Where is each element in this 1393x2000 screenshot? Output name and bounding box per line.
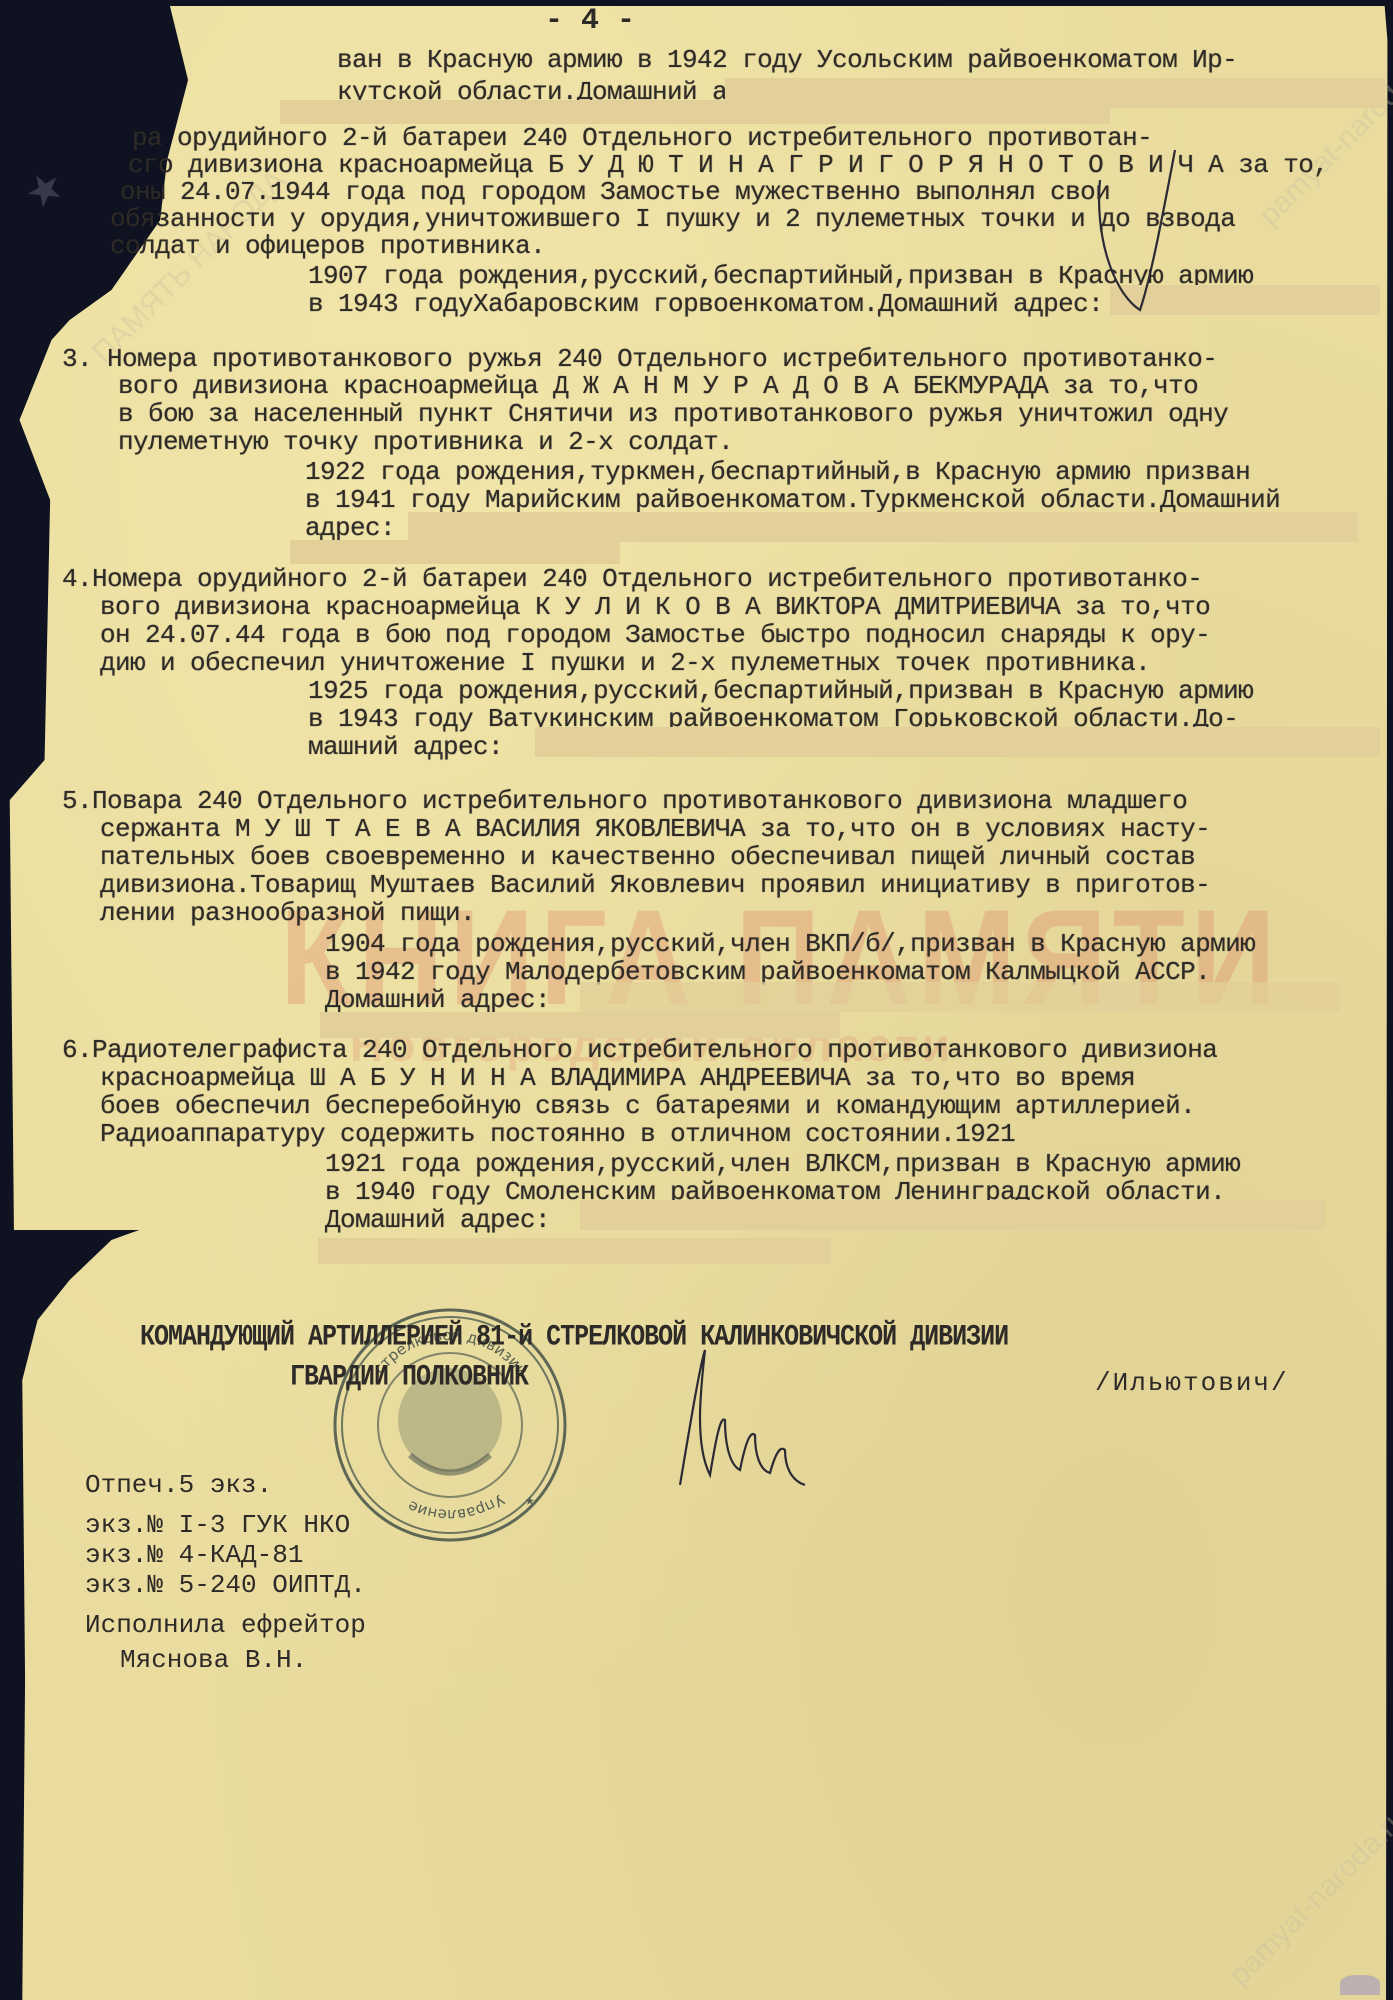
text-line: дивизиона.Товарищ Муштаев Василий Яковле… (100, 871, 1210, 899)
text-line: 1921 года рождения,русский,член ВЛКСМ,пр… (325, 1150, 1240, 1178)
signatory-title: КОМАНДУЮЩИЙ АРТИЛЛЕРИЕЙ 81-й СТРЕЛКОВОЙ … (140, 1319, 1008, 1354)
text-line: он 24.07.44 года в бою под городом Замос… (100, 621, 1210, 649)
handwritten-check-mark (1090, 140, 1210, 320)
executor-name: Мяснова В.Н. (120, 1645, 307, 1675)
signatory-name: /Ильютович/ (1095, 1368, 1289, 1398)
redacted-address (318, 1238, 830, 1264)
text-line: Радиоаппаратуру содержить постоянно в от… (100, 1120, 1015, 1148)
distribution-item: экз.№ 4-КАД-81 (85, 1540, 366, 1570)
text-line: в 1941 году Марийским райвоенкоматом.Тур… (305, 486, 1280, 514)
stamp-star-icon: ★ (525, 1492, 535, 1510)
text-line: пательных боев своевременно и качественн… (100, 843, 1195, 871)
text-line: дию и обеспечил уничтожение I пушки и 2-… (100, 649, 1150, 677)
distribution-item: экз.№ 5-240 ОИПТД. (85, 1570, 366, 1600)
distribution-item: экз.№ I-3 ГУК НКО (85, 1510, 366, 1540)
text-line: красноармейца Ш А Б У Н И Н А ВЛАДИМИРА … (100, 1064, 1135, 1092)
text-line: пулеметную точку противника и 2-х солдат… (118, 428, 733, 456)
text-line: 5.Повара 240 Отдельного истребительного … (62, 787, 1187, 815)
text-line: Домашний адрес: (325, 1206, 550, 1234)
text-line: сержанта М У Ш Т А Е В А ВАСИЛИЯ ЯКОВЛЕВ… (100, 815, 1210, 843)
redacted-address (280, 100, 1110, 124)
executor-title: Исполнила ефрейтор (85, 1610, 366, 1640)
redacted-address (535, 727, 1380, 757)
text-line: 1922 года рождения,туркмен,беспартийный,… (305, 458, 1250, 486)
text-line: боев обеспечил бесперебойную связь с бат… (100, 1092, 1195, 1120)
text-line: 4.Номера орудийного 2-й батареи 240 Отде… (62, 565, 1202, 593)
text-line: оны 24.07.1944 года под городом Замостье… (120, 178, 1110, 206)
text-line: ра орудийного 2-й батареи 240 Отдельного… (132, 124, 1152, 152)
text-line: вого дивизиона красноармейца Д Ж А Н М У… (118, 372, 1198, 400)
text-line: 3. Номера противотанкового ружья 240 Отд… (62, 345, 1217, 373)
text-line: машний адрес: (308, 733, 503, 761)
signatory-rank: ГВАРДИИ ПОЛКОВНИК (290, 1359, 528, 1394)
redacted-address (580, 1200, 1325, 1230)
text-line: солдат и офицеров противника. (110, 232, 545, 260)
text-line: Домашний адрес: (325, 986, 550, 1014)
text-line: ван в Красную армию в 1942 году Усольски… (337, 46, 1237, 74)
copies-printed: Отпеч.5 экз. (85, 1470, 272, 1500)
stamp-bottom-text: Управление (405, 1491, 508, 1525)
redacted-address (408, 512, 1358, 542)
text-line: обязанности у орудия,уничтожившего I пуш… (110, 205, 1235, 233)
text-line: адрес: (305, 514, 395, 542)
text-line: лении разнообразной пищи. (100, 899, 475, 927)
handwritten-signature (660, 1345, 840, 1495)
text-line: 6.Радиотелеграфиста 240 Отдельного истре… (62, 1036, 1217, 1064)
text-line: 1904 года рождения,русский,член ВКП/б/,п… (325, 930, 1255, 958)
page-number: - 4 - (545, 4, 635, 38)
text-line: в бою за населенный пункт Снятичи из про… (118, 400, 1228, 428)
redacted-address (580, 982, 1340, 1012)
text-line: в 1943 годуХабаровским горвоенкоматом.До… (308, 290, 1103, 318)
redacted-address (290, 540, 620, 564)
ink-smudge (1340, 1975, 1380, 1995)
distribution-list: экз.№ I-3 ГУК НКО экз.№ 4-КАД-81 экз.№ 5… (85, 1510, 366, 1600)
text-line: 1925 года рождения,русский,беспартийный,… (308, 677, 1253, 705)
star-watermark-icon: ★ (9, 146, 77, 228)
svg-text:Управление: Управление (405, 1491, 508, 1525)
text-line: вого дивизиона красноармейца К У Л И К О… (100, 593, 1210, 621)
